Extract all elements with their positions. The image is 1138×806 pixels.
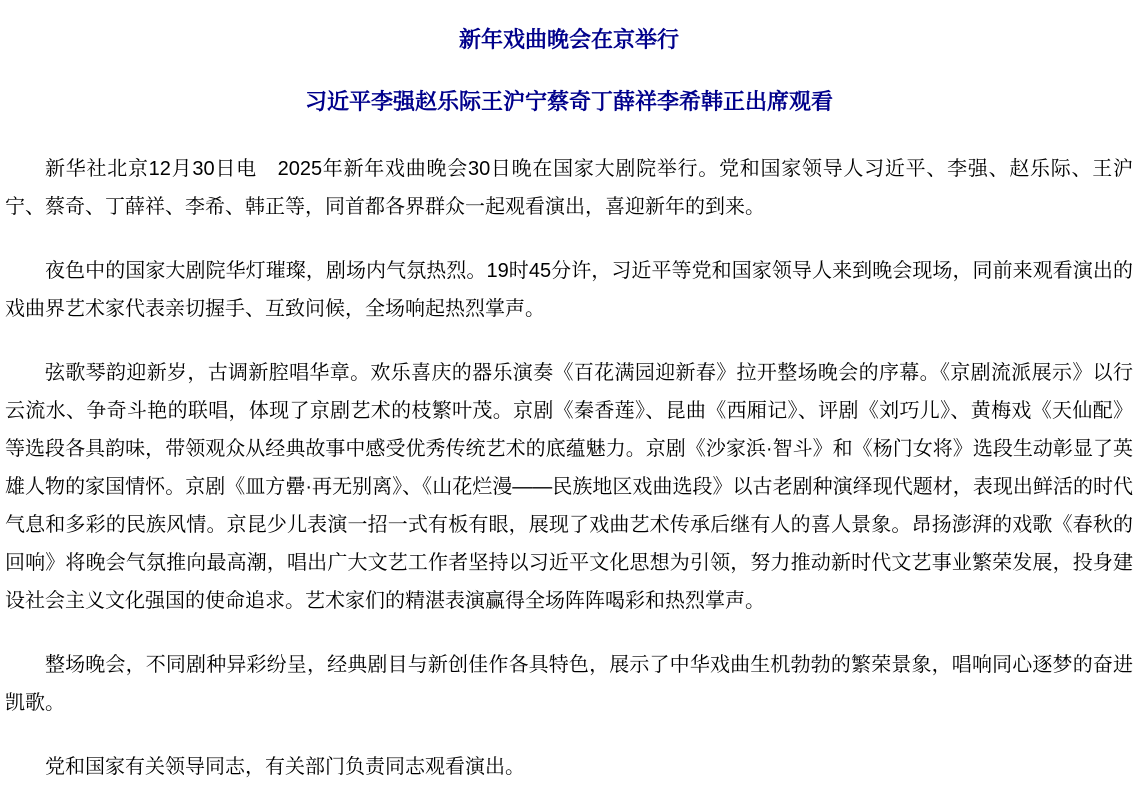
article-title: 新年戏曲晚会在京举行 [5,28,1133,52]
article-paragraph-summary: 整场晚会，不同剧种异彩纷呈，经典剧目与新创佳作各具特色，展示了中华戏曲生机勃勃的… [5,646,1133,722]
article-body: 新华社北京12月30日电 2025年新年戏曲晚会30日晚在国家大剧院举行。党和国… [5,150,1133,786]
article-subtitle: 习近平李强赵乐际王沪宁蔡奇丁薛祥李希韩正出席观看 [5,90,1133,114]
article-paragraph-program: 弦歌琴韵迎新岁，古调新腔唱华章。欢乐喜庆的器乐演奏《百花满园迎新春》拉开整场晚会… [5,354,1133,620]
article-paragraph-arrival: 夜色中的国家大剧院华灯璀璨，剧场内气氛热烈。19时45分许，习近平等党和国家领导… [5,252,1133,328]
article-paragraph-dateline: 新华社北京12月30日电 2025年新年戏曲晚会30日晚在国家大剧院举行。党和国… [5,150,1133,226]
news-article: 新年戏曲晚会在京举行 习近平李强赵乐际王沪宁蔡奇丁薛祥李希韩正出席观看 新华社北… [0,0,1138,806]
article-paragraph-attendees: 党和国家有关领导同志，有关部门负责同志观看演出。 [5,748,1133,786]
